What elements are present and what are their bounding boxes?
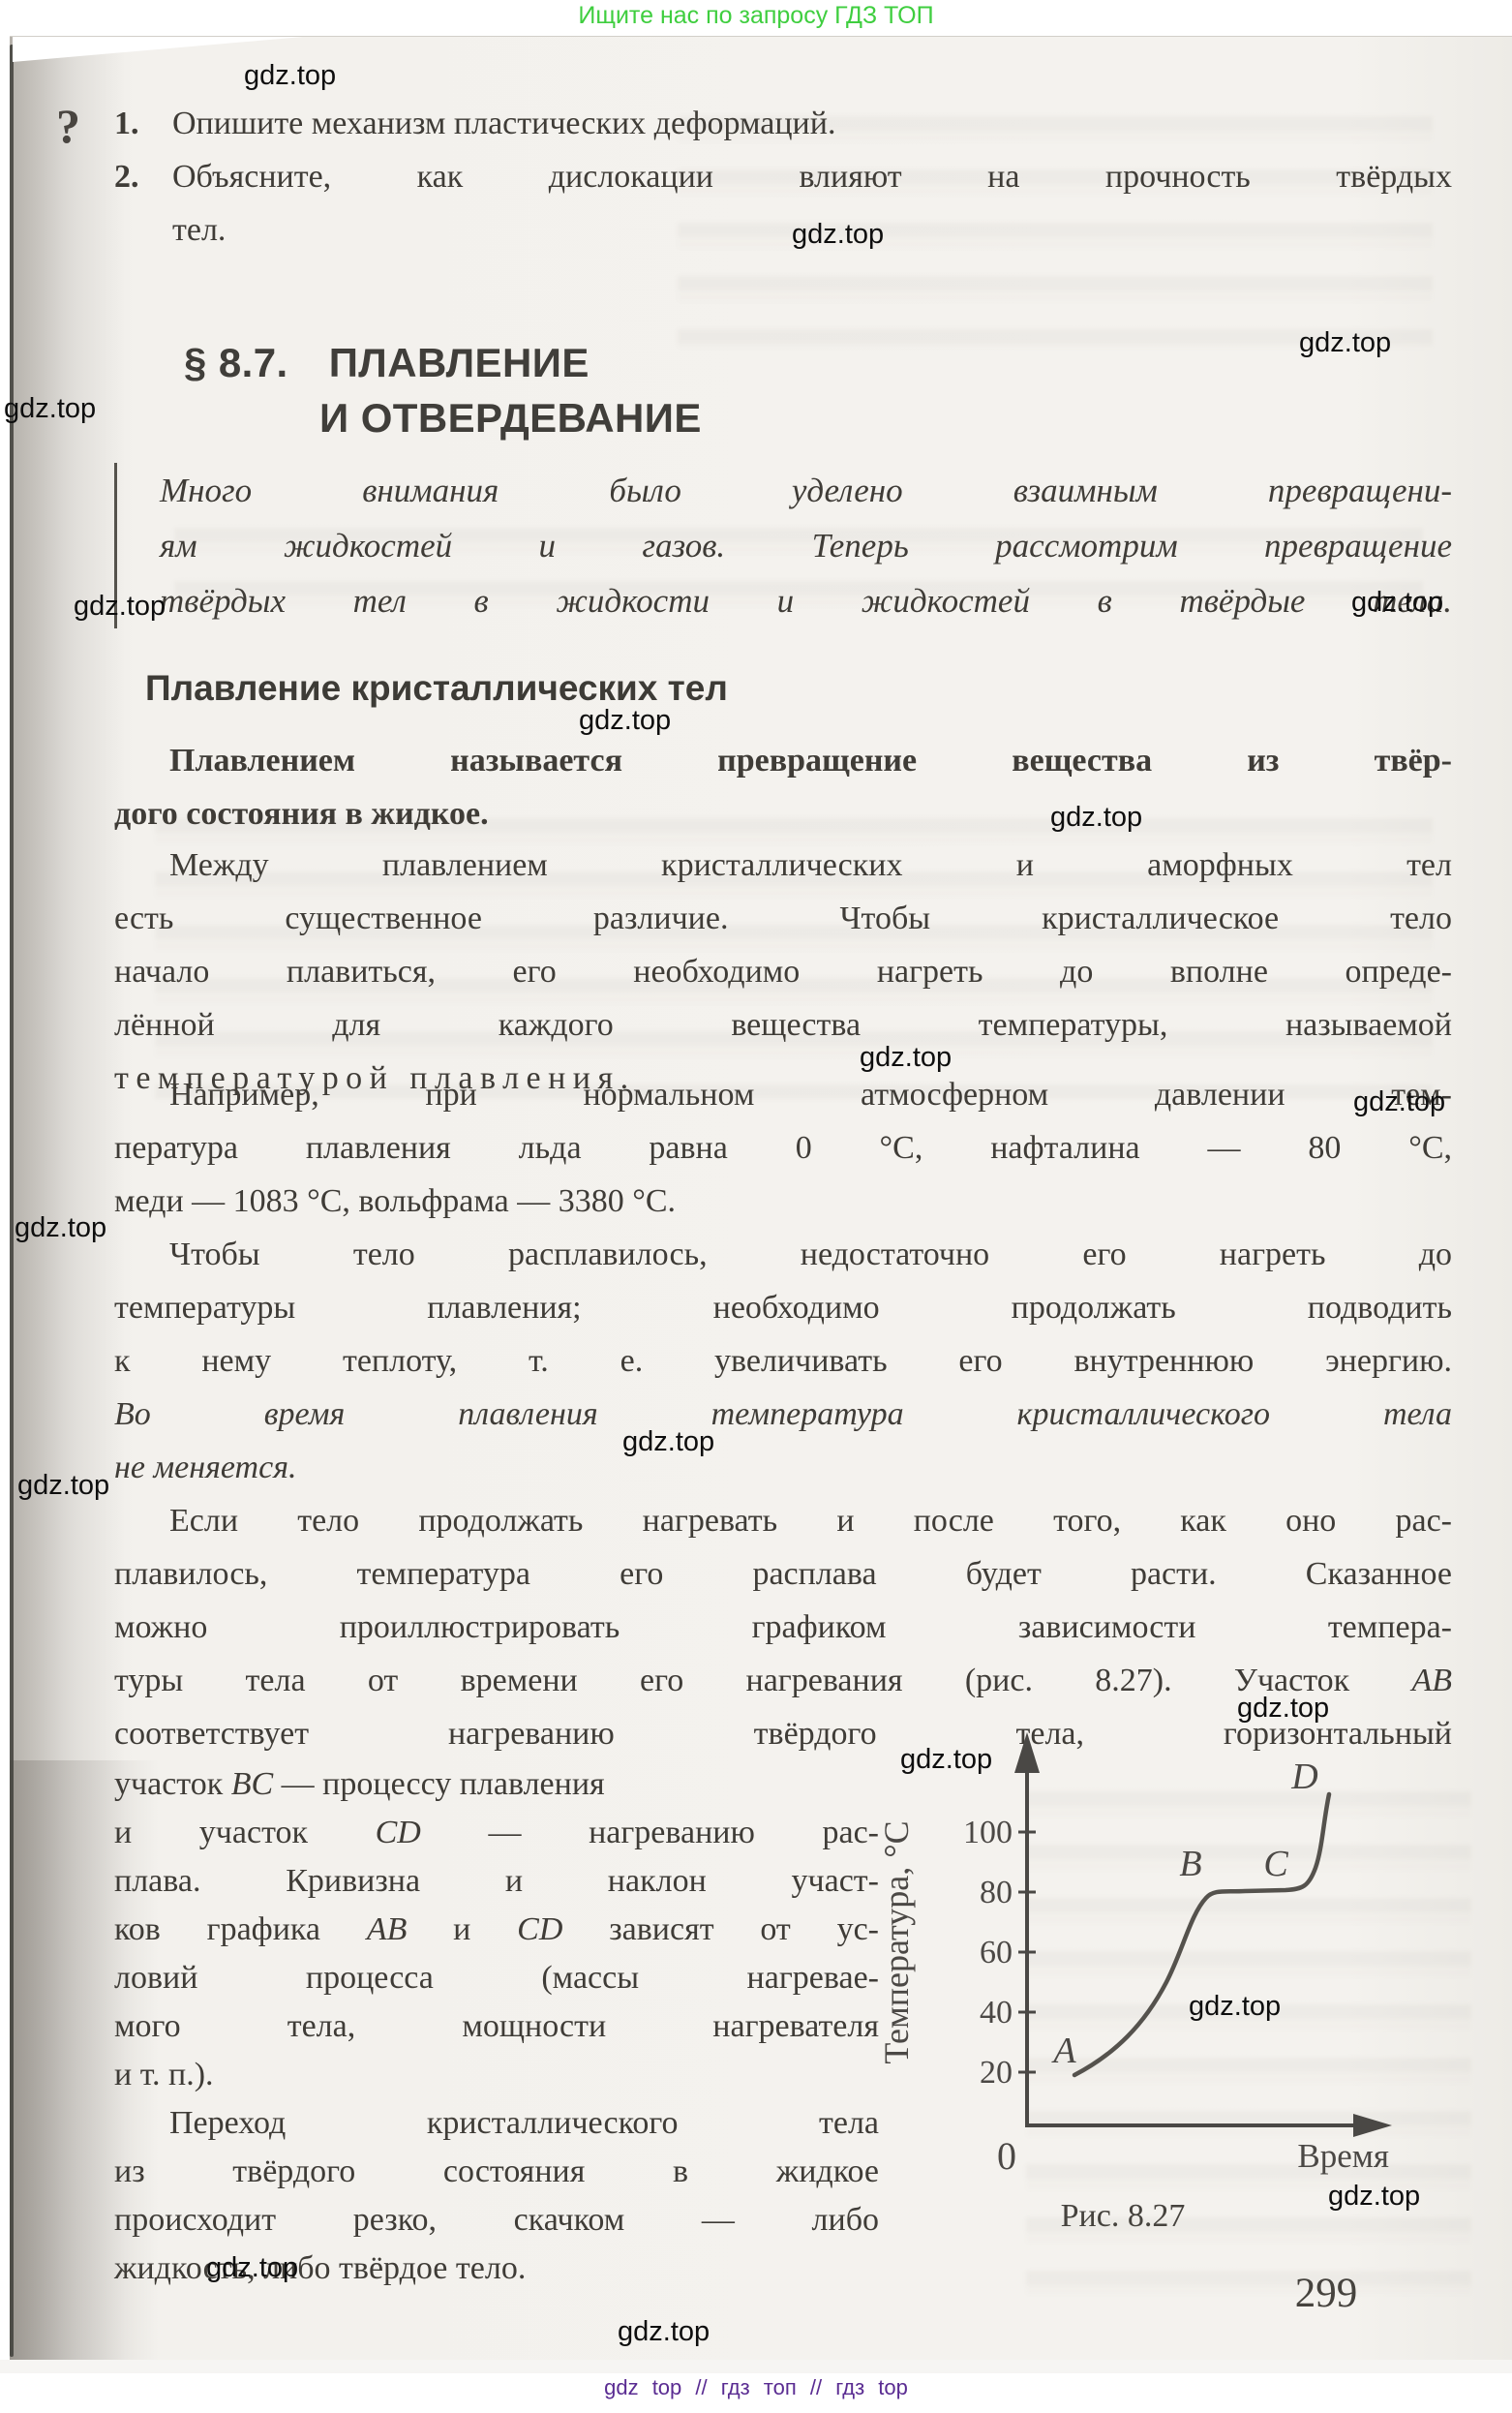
question-number: 2. <box>114 150 172 257</box>
questions-block: 1. Опишите механизм пластических деформа… <box>114 97 1452 257</box>
question-mark-icon: ? <box>56 98 80 154</box>
text-segment: участок <box>114 1766 231 1802</box>
tick-label-60: 60 <box>980 1935 1013 1970</box>
watermark: gdz.top <box>1328 2181 1420 2213</box>
text-line: Например, при нормальном атмосферном дав… <box>114 1068 1452 1121</box>
origin-label: 0 <box>997 2134 1016 2178</box>
text-line: начало плавиться, его необходимо нагреть… <box>114 945 1452 998</box>
scan-bottom-edge <box>0 2360 1512 2373</box>
question-text: Опишите механизм пластических деформаций… <box>172 97 1452 150</box>
text-line: плавилось, температура его расплава буде… <box>114 1547 1452 1601</box>
section-title-line1: § 8.7. ПЛАВЛЕНИЕ <box>114 335 1452 390</box>
text-line: к нему теплоту, т. е. увеличивать его вн… <box>114 1334 1452 1388</box>
intro-paragraph: Много внимания было уделено взаимным пре… <box>114 463 1452 628</box>
text-line: из твёрдого состояния в жидкое <box>114 2148 879 2196</box>
text-line: Если тело продолжать нагревать и после т… <box>114 1494 1452 1547</box>
text-segment: — нагреванию рас- <box>421 1815 879 1850</box>
tick-label-80: 80 <box>980 1875 1013 1910</box>
watermark: gdz.top <box>860 1042 952 1074</box>
section-number: § 8.7. <box>184 340 288 385</box>
section-title-line2: И ОТВЕРДЕВАНИЕ <box>319 390 1452 445</box>
watermark: gdz.top <box>1189 1991 1281 2023</box>
section-title: § 8.7. ПЛАВЛЕНИЕ И ОТВЕРДЕВАНИЕ <box>114 335 1452 445</box>
text-line: мого тела, мощности нагревателя <box>114 2002 879 2051</box>
watermark: gdz.top <box>900 1744 992 1776</box>
point-label-D: D <box>1290 1756 1317 1797</box>
subsection-heading: Плавление кристаллических тел <box>145 668 728 709</box>
text-line-italic: не меняется. <box>114 1441 1452 1494</box>
variable-CD: CD <box>517 1911 562 1947</box>
page-corner <box>13 37 303 62</box>
left-column-text: участок BC — процессу плавления и участо… <box>114 1760 879 2293</box>
question-1: 1. Опишите механизм пластических деформа… <box>114 97 1452 150</box>
tick-label-20: 20 <box>980 2055 1013 2091</box>
section-title-text: ПЛАВЛЕНИЕ <box>329 340 590 385</box>
text-line: ков графика AB и CD зависят от ус- <box>114 1906 879 1954</box>
text-line: меди — 1083 °С, вольфрама — 3380 °С. <box>114 1175 1452 1228</box>
watermark: gdz.top <box>1353 1086 1445 1118</box>
text-segment: туры тела от времени его нагревания (рис… <box>114 1663 1411 1698</box>
watermark: gdz.top <box>244 60 336 92</box>
point-label-A: A <box>1050 2031 1076 2071</box>
text-line: участок BC — процессу плавления <box>114 1760 879 1809</box>
text-segment: ков графика <box>114 1911 367 1947</box>
text-line: твёрдых тел в жидкости и жидкостей в твё… <box>160 573 1452 628</box>
variable-BC: BC <box>231 1766 273 1802</box>
variable-CD: CD <box>376 1815 421 1850</box>
watermark: gdz.top <box>792 219 884 251</box>
text-line: Много внимания было уделено взаимным пре… <box>160 463 1452 518</box>
point-label-B: B <box>1179 1844 1201 1884</box>
text-line: Плавлением называется превращение вещест… <box>114 734 1452 787</box>
variable-AB: AB <box>1411 1663 1452 1698</box>
tick-label-100: 100 <box>963 1815 1013 1850</box>
question-number: 1. <box>114 97 172 150</box>
x-axis-arrow-icon <box>1353 2114 1392 2137</box>
watermark: gdz.top <box>618 2316 710 2348</box>
text-line-italic: Во время плавления температура кристалли… <box>114 1388 1452 1441</box>
text-line: и т. п.). <box>114 2051 879 2099</box>
heating-curve <box>1074 1794 1329 2075</box>
text-line: температуры плавления; необходимо продол… <box>114 1281 1452 1334</box>
text-line: можно проиллюстрировать графиком зависим… <box>114 1601 1452 1654</box>
text-segment: зависят от ус- <box>562 1911 879 1947</box>
watermark: gdz.top <box>74 591 166 623</box>
watermark: gdz.top <box>15 1212 106 1244</box>
text-line: и участок CD — нагреванию рас- <box>114 1809 879 1857</box>
watermark: gdz.top <box>1237 1693 1329 1725</box>
watermark: gdz.top <box>1050 802 1142 834</box>
paragraph-examples: Например, при нормальном атмосферном дав… <box>114 1068 1452 1228</box>
paragraph-heat-supply: Чтобы тело расплавилось, недостаточно ег… <box>114 1228 1452 1494</box>
promo-header: Ищите нас по запросу ГДЗ ТОП <box>0 2 1512 30</box>
point-label-C: C <box>1263 1844 1288 1884</box>
figure-caption: Рис. 8.27 <box>929 2198 1316 2235</box>
text-line: происходит резко, скачком — либо <box>114 2196 879 2245</box>
variable-AB: AB <box>367 1911 408 1947</box>
book-spine-edge <box>10 45 14 2357</box>
watermark: gdz.top <box>17 1470 109 1502</box>
watermark: gdz.top <box>579 705 671 737</box>
text-line: плава. Кривизна и наклон участ- <box>114 1857 879 1906</box>
paragraph-definition: Плавлением называется превращение вещест… <box>114 734 1452 840</box>
text-line: Переход кристаллического тела <box>114 2099 879 2148</box>
tick-label-40: 40 <box>980 1995 1013 2031</box>
text-line: дого состояния в жидкое. <box>114 787 1452 840</box>
text-line: лённой для каждого вещества температуры,… <box>114 998 1452 1052</box>
y-axis-arrow-icon <box>1014 1732 1040 1773</box>
text-segment: — процессу плавления <box>273 1766 605 1802</box>
watermark: gdz.top <box>622 1426 714 1458</box>
question-2: 2. Объясните, как дислокации влияют на п… <box>114 150 1452 257</box>
scanned-textbook-page: Ищите нас по запросу ГДЗ ТОП ? 1. Опишит… <box>0 0 1512 2413</box>
page-number: 299 <box>1249 2270 1404 2317</box>
y-axis-label: Температура, °С <box>877 1820 916 2063</box>
text-line: ловий процесса (массы нагревае- <box>114 1954 879 2002</box>
x-axis-label: Время <box>1297 2137 1389 2175</box>
text-line: Между плавлением кристаллических и аморф… <box>114 839 1452 892</box>
text-segment: и <box>407 1911 517 1947</box>
watermark: gdz.top <box>1351 587 1443 619</box>
promo-footer: gdz top // гдз топ // гдз top <box>0 2375 1512 2400</box>
text-line: Объясните, как дислокации влияют на проч… <box>172 150 1452 203</box>
text-line: Чтобы тело расплавилось, недостаточно ег… <box>114 1228 1452 1281</box>
text-line: пература плавления льда равна 0 °С, нафт… <box>114 1121 1452 1175</box>
watermark: gdz.top <box>4 393 96 425</box>
watermark: gdz.top <box>1299 327 1391 359</box>
text-line: ям жидкостей и газов. Теперь рассмотрим … <box>160 518 1452 573</box>
paragraph-melting-temperature: Между плавлением кристаллических и аморф… <box>114 839 1452 1105</box>
watermark: gdz.top <box>206 2252 298 2284</box>
text-segment: и участок <box>114 1815 376 1850</box>
text-line: есть существенное различие. Чтобы криста… <box>114 892 1452 945</box>
